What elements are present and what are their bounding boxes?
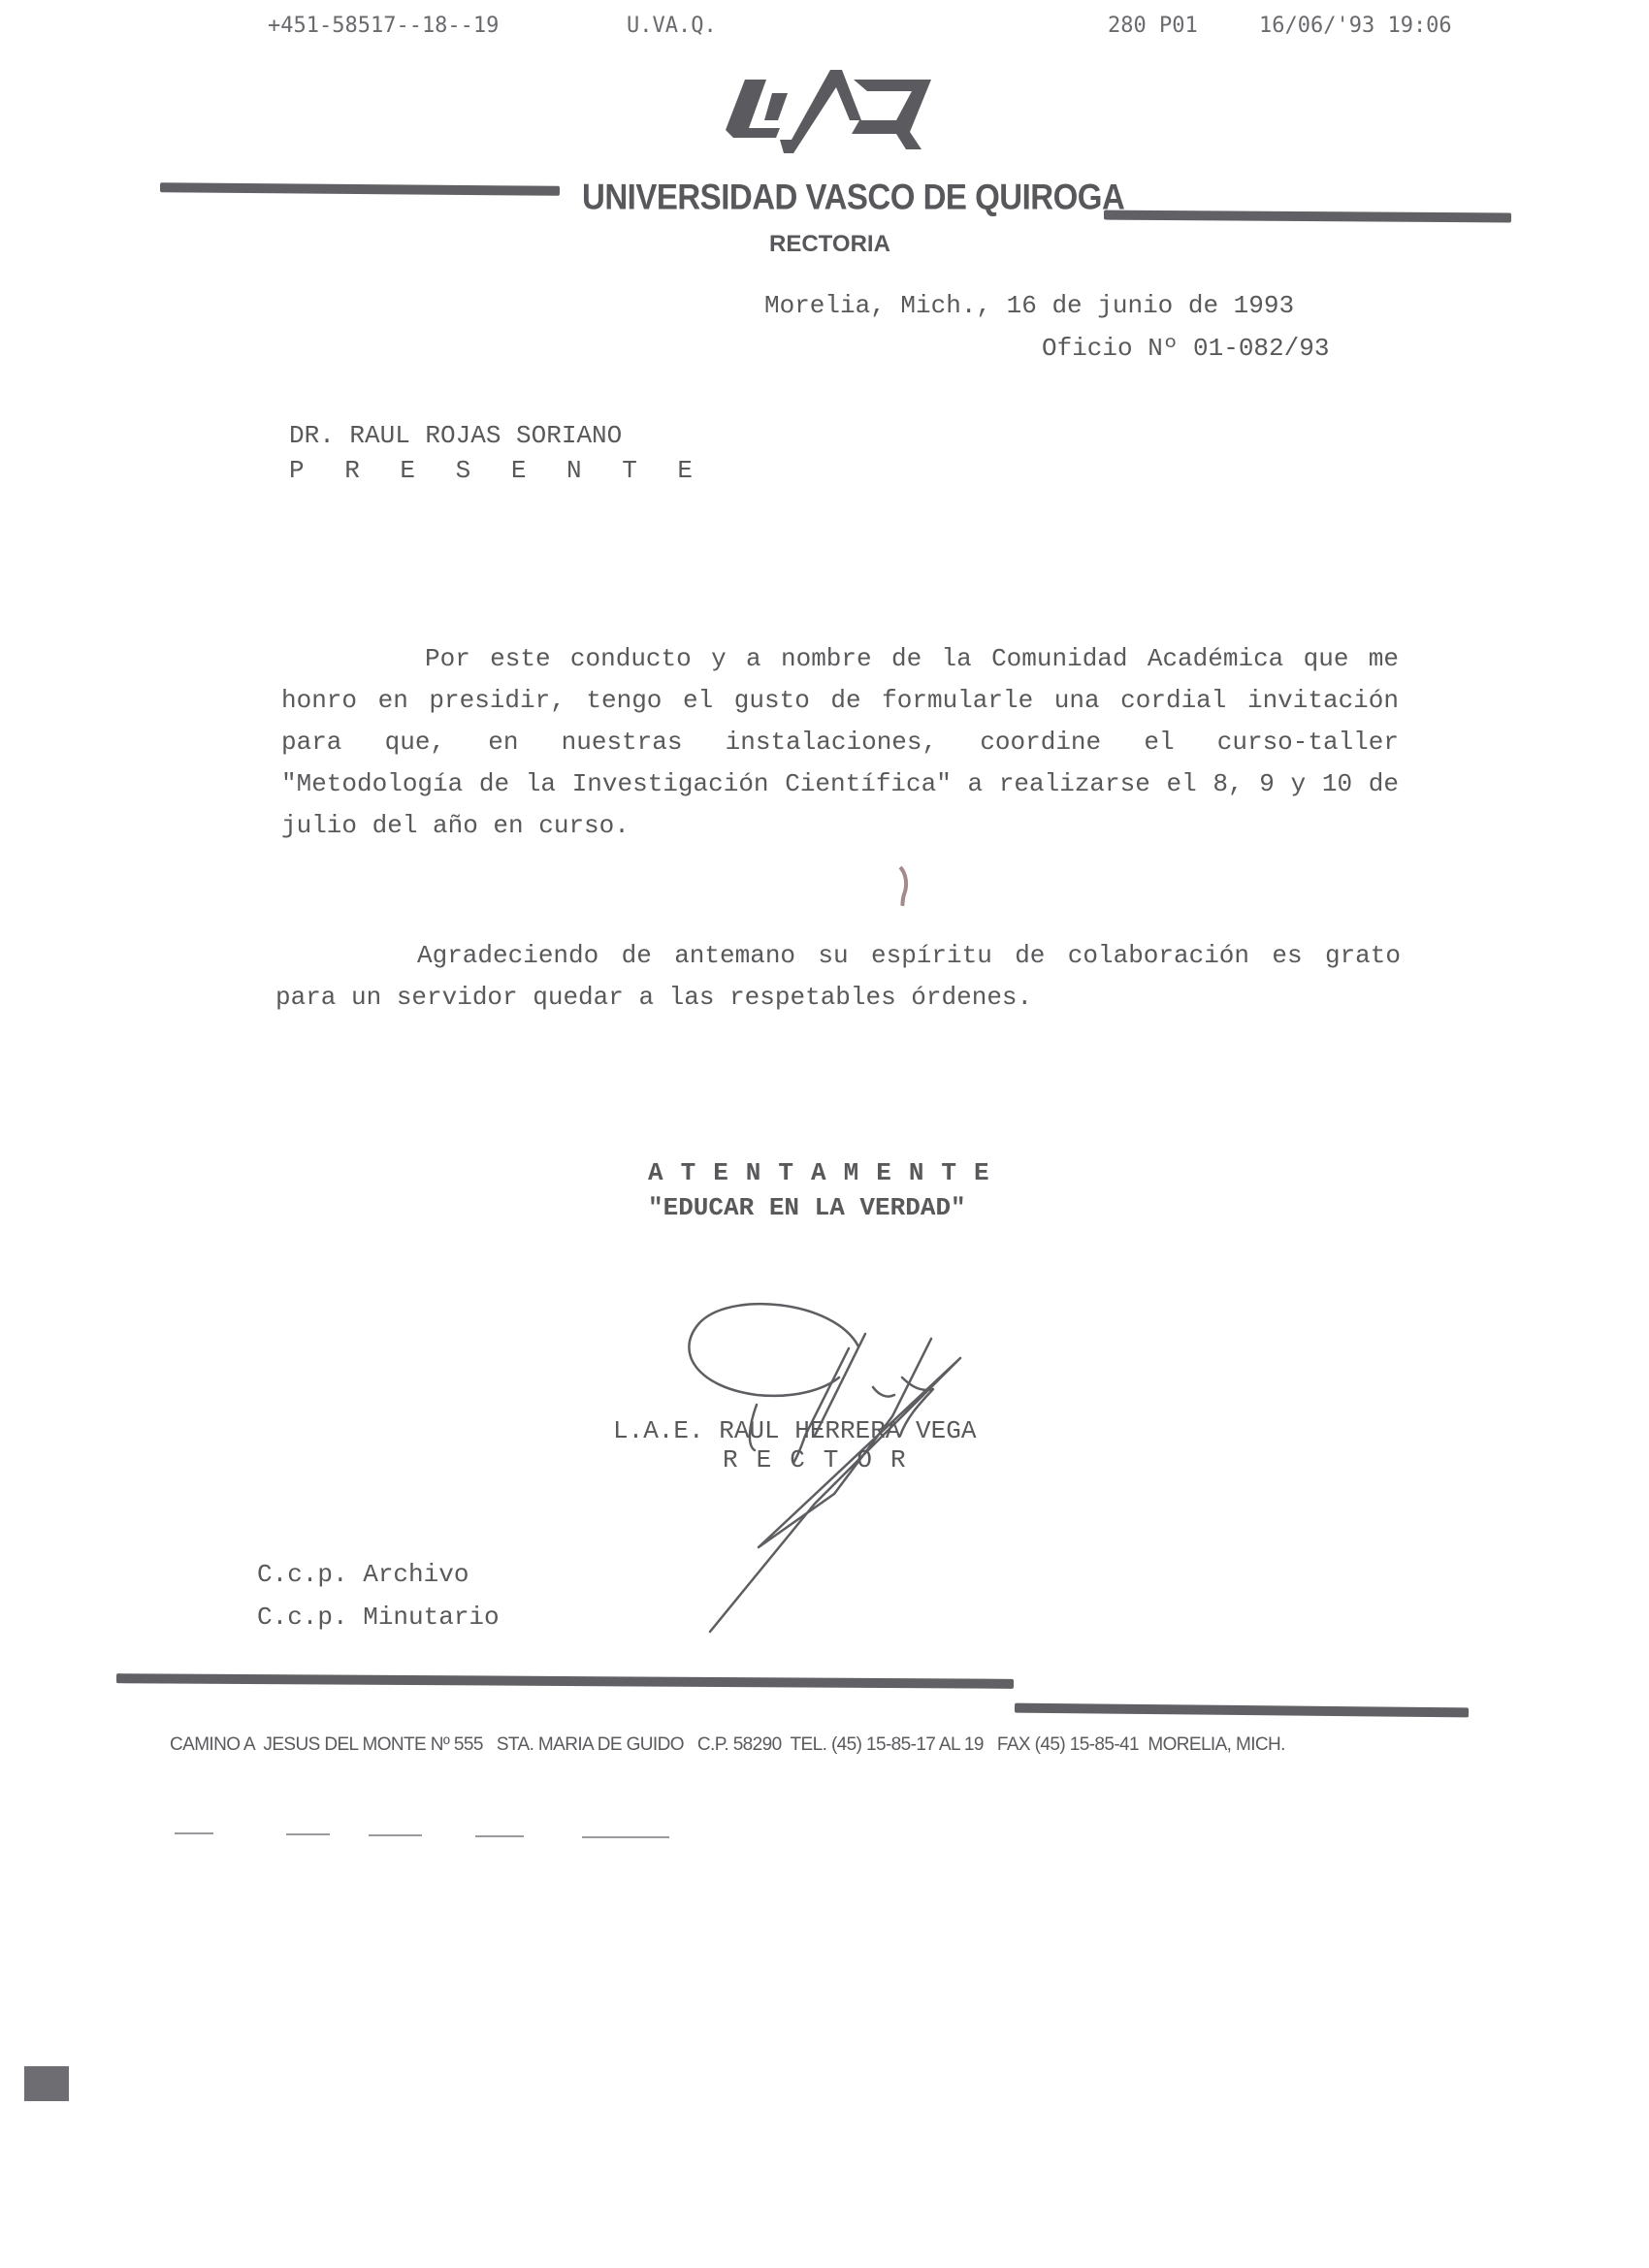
footer-rule-right xyxy=(1015,1703,1469,1718)
fax-timestamp: 16/06/'93 19:06 xyxy=(1259,14,1452,38)
institution-name: UNIVERSIDAD VASCO DE QUIROGA xyxy=(582,177,1124,218)
body-paragraph-2: Agradeciendo de antemano su espíritu de … xyxy=(275,935,1401,1019)
scan-corner-mark xyxy=(24,2066,69,2101)
fax-page-info: 280 P01 xyxy=(1108,14,1198,38)
fax-sender-number: +451-58517--18--19 xyxy=(268,14,499,38)
signer-title: RECTOR xyxy=(723,1445,924,1474)
fax-sender-id: U.VA.Q. xyxy=(627,14,717,38)
uvaq-logo-icon xyxy=(716,60,949,153)
footer-rule-left xyxy=(116,1673,1014,1689)
scan-specks xyxy=(165,1824,1542,1843)
ink-stain xyxy=(896,865,910,906)
office-name: RECTORIA xyxy=(769,231,890,258)
footer-address: CAMINO A JESUS DEL MONTE Nº 555 STA. MAR… xyxy=(170,1734,1285,1756)
cc-line: C.c.p. Minutario xyxy=(257,1603,500,1632)
closing: ATENTAMENTE xyxy=(648,1158,1007,1187)
motto: "EDUCAR EN LA VERDAD" xyxy=(648,1193,966,1222)
body-paragraph-1: Por este conducto y a nombre de la Comun… xyxy=(281,638,1399,847)
letterhead-rule-left xyxy=(160,182,560,196)
letterhead-rule-right xyxy=(1104,211,1511,223)
reference-number: Oficio Nº 01-082/93 xyxy=(1042,334,1329,363)
signer-name: L.A.E. RAUL HERRERA VEGA xyxy=(613,1416,976,1445)
cc-line: C.c.p. Archivo xyxy=(257,1560,469,1589)
place-date: Morelia, Mich., 16 de junio de 1993 xyxy=(764,291,1294,320)
recipient-name: DR. RAUL ROJAS SORIANO xyxy=(289,421,622,450)
recipient-presente: P R E S E N T E xyxy=(289,456,705,485)
